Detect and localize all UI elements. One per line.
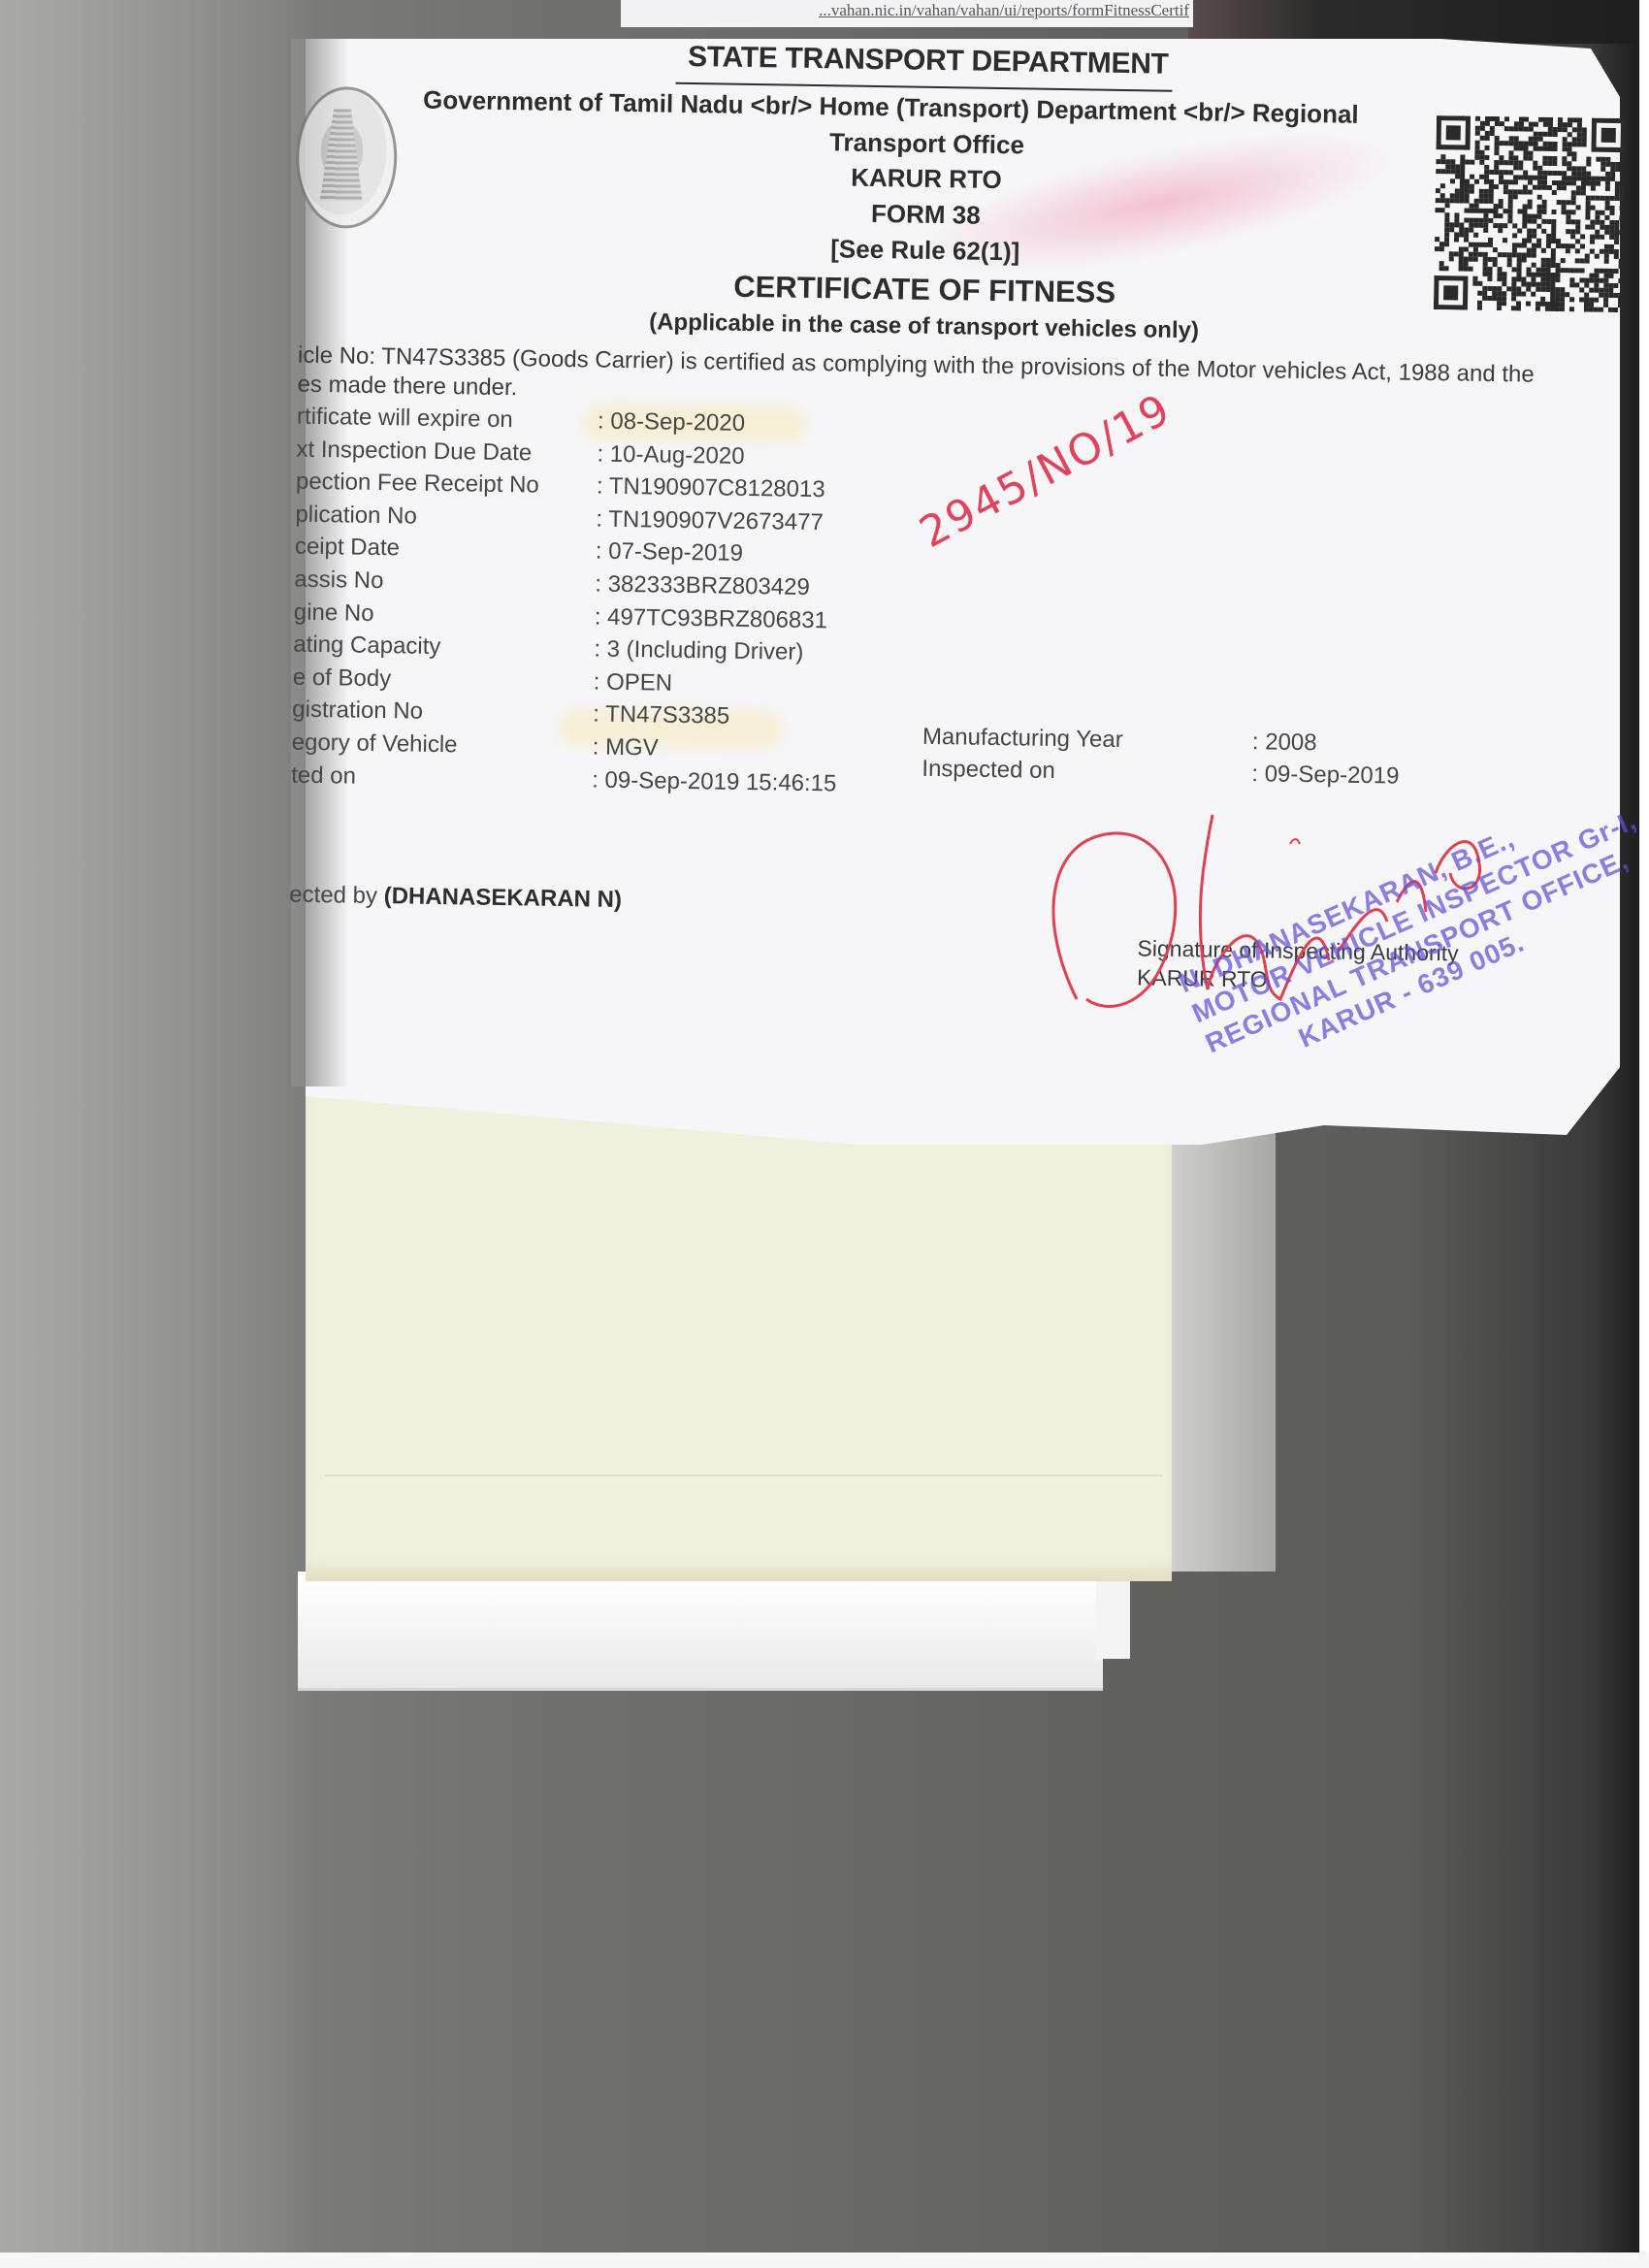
applicability-note: (Applicable in the case of transport veh… (535, 308, 1311, 347)
field-label: gistration No (292, 697, 593, 729)
field-label: ceipt Date (295, 534, 596, 566)
field-label: ted on (291, 761, 592, 794)
field-row: Inspected on : 09-Sep-2019 (921, 756, 1055, 785)
field-value: : TN47S3385 (593, 701, 729, 730)
white-paper-bundle-edge (1096, 1571, 1130, 1659)
field-row: Manufacturing Year : 2008 (922, 724, 1123, 754)
field-value: : 382333BRZ803429 (595, 571, 810, 601)
field-value: : 08-Sep-2020 (598, 408, 746, 437)
field-value: : 09-Sep-2019 (1251, 761, 1400, 790)
field-label: rtificate will expire on (297, 404, 598, 436)
field-value: : MGV (592, 733, 658, 761)
certificate-title: CERTIFICATE OF FITNESS (585, 267, 1264, 312)
field-value: : OPEN (594, 668, 673, 697)
government-line: Government of Tamil Nadu <br/> Home (Tra… (423, 85, 1461, 132)
envelope-crease (325, 1474, 1162, 1476)
field-label: e of Body (293, 664, 594, 696)
inspected-by: ected by (DHANASEKARAN N) (289, 882, 622, 914)
field-label: plication No (295, 501, 596, 533)
field-value: : 3 (Including Driver) (594, 636, 803, 666)
field-value: : 2008 (1252, 729, 1317, 757)
field-label: ating Capacity (293, 632, 594, 664)
tamil-nadu-emblem-icon (295, 86, 398, 230)
field-label: Inspected on (921, 756, 1055, 784)
white-paper-bundle (298, 1571, 1103, 1691)
inspector-name: (DHANASEKARAN N) (383, 883, 622, 913)
field-value: : TN190907C8128013 (597, 473, 825, 504)
field-label: assis No (294, 567, 595, 599)
background-paper-edge (1159, 1116, 1276, 1571)
field-value: : 10-Aug-2020 (597, 440, 745, 470)
statement-line-2: es made there under. (297, 372, 517, 403)
office-line: Transport Office (587, 123, 1266, 164)
field-label: pection Fee Receipt No (296, 469, 597, 501)
field-value: : 497TC93BRZ806831 (595, 603, 828, 634)
department-title: STATE TRANSPORT DEPARTMENT (589, 39, 1268, 82)
field-row: ted on: 09-Sep-2019 15:46:15 (291, 761, 593, 800)
scan-bottom-margin (0, 2252, 1649, 2268)
field-label: Manufacturing Year (922, 724, 1123, 753)
inspected-by-prefix: ected by (289, 882, 384, 910)
gopuram-icon (320, 109, 364, 202)
field-label: xt Inspection Due Date (296, 436, 597, 468)
field-label: egory of Vehicle (292, 729, 593, 761)
field-value: : 09-Sep-2019 15:46:15 (592, 766, 837, 797)
field-label: gine No (294, 599, 595, 631)
field-value: : 07-Sep-2019 (596, 538, 744, 567)
qr-code-icon (1434, 115, 1626, 312)
field-value: : TN190907V2673477 (596, 505, 824, 536)
